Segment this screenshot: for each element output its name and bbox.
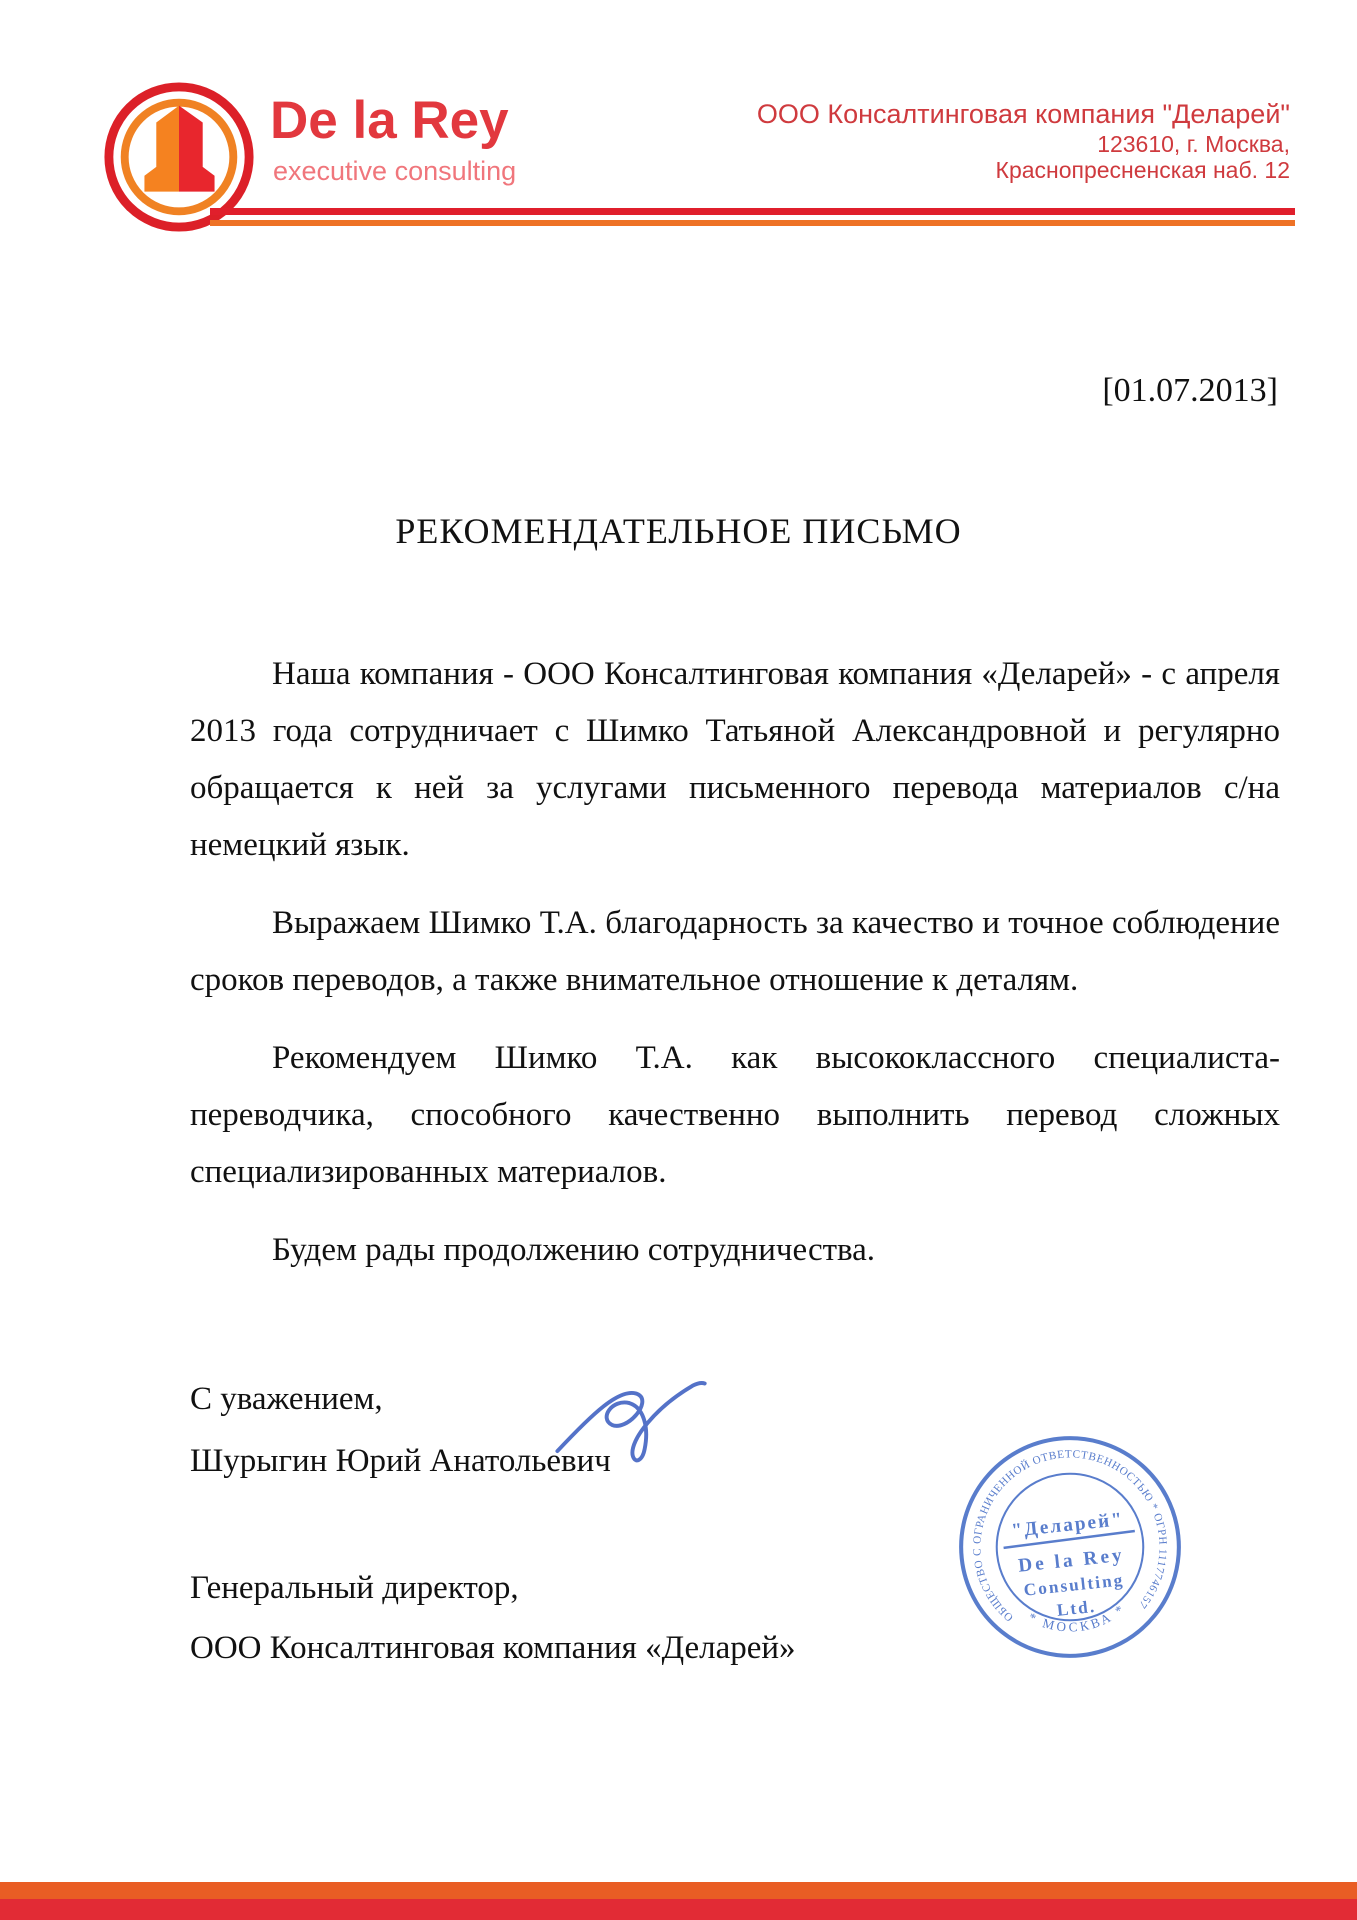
signer-position: Генеральный директор, [190,1558,796,1618]
paragraph: Рекомендуем Шимко Т.А. как высококлассно… [190,1030,1280,1201]
building-icon [144,106,214,192]
letter-page: De la Rey executive consulting ООО Конса… [0,0,1357,1920]
paragraph: Будем рады продолжению сотрудничества. [190,1222,1280,1279]
brand-tagline: executive consulting [273,158,516,185]
director-block: Генеральный директор, ООО Консалтинговая… [190,1558,796,1678]
paragraph: Наша компания - ООО Консалтинговая компа… [190,646,1280,874]
company-stamp-icon: ОБЩЕСТВО С ОГРАНИЧЕННОЙ ОТВЕТСТВЕННОСТЬЮ… [941,1418,1198,1675]
paragraph: Выражаем Шимко Т.А. благодарность за кач… [190,895,1280,1009]
letter-body: Наша компания - ООО Консалтинговая компа… [190,646,1280,1300]
footer-bar-red [0,1899,1357,1920]
company-name: ООО Консалтинговая компания "Деларей" [757,98,1290,131]
header-rule-orange [210,220,1295,226]
company-info-block: ООО Консалтинговая компания "Деларей" 12… [757,98,1290,183]
company-postcode-city: 123610, г. Москва, [757,131,1290,157]
signer-company: ООО Консалтинговая компания «Деларей» [190,1618,796,1678]
handwritten-signature-icon [548,1366,713,1486]
footer-bar-orange [0,1882,1357,1899]
company-street: Краснопресненская наб. 12 [757,157,1290,183]
letter-date: [01.07.2013] [1102,372,1278,410]
letter-title: РЕКОМЕНДАТЕЛЬНОЕ ПИСЬМО [0,510,1357,552]
brand-name: De la Rey [270,94,509,147]
header-rule-red [210,208,1295,215]
stamp-center-name-ru: "Деларей" [1011,1509,1125,1542]
